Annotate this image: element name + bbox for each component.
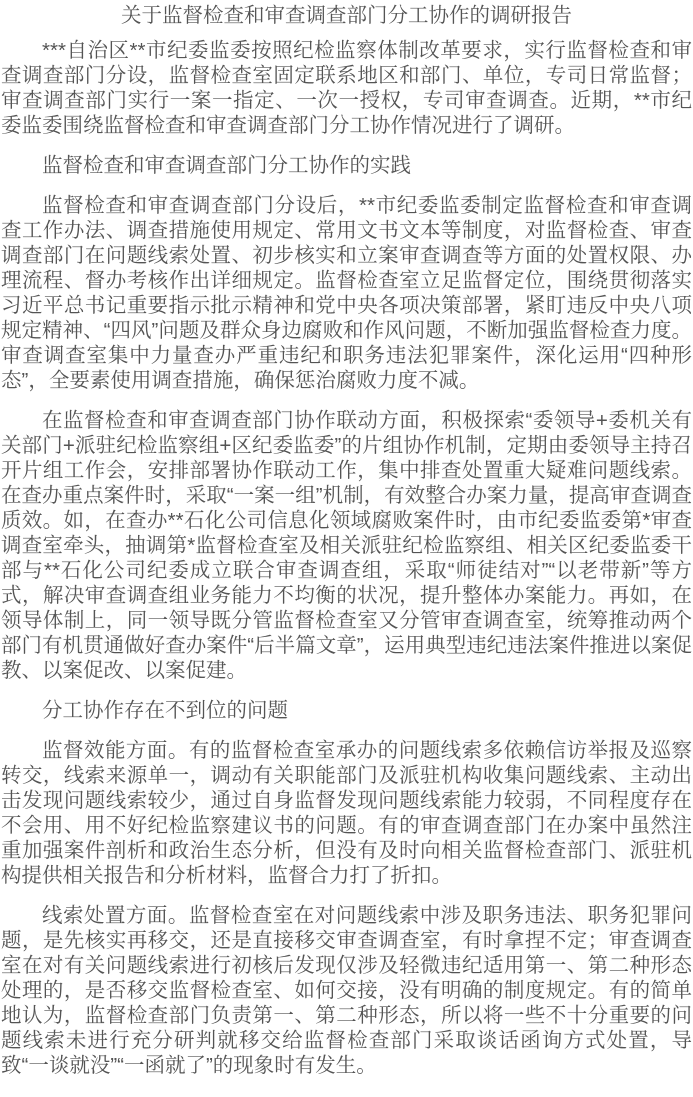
section-heading-problems: 分工协作存在不到位的问题 — [1, 698, 692, 723]
paragraph-systems: 监督检查和审查调查部门分设后，**市纪委监委制定监督检查和审查调查工作办法、调查… — [1, 193, 692, 393]
paragraph-collaboration: 在监督检查和审查调查部门协作联动方面，积极探索“委领导+委机关有关部门+派驻纪检… — [1, 408, 692, 683]
paragraph-clue-handling: 线索处置方面。监督检查室在对问题线索中涉及职务违法、职务犯罪问题，是先核实再移交… — [1, 903, 692, 1078]
paragraph-supervision-effectiveness: 监督效能方面。有的监督检查室承办的问题线索多依赖信访举报及巡察转交，线索来源单一… — [1, 738, 692, 888]
section-heading-practice: 监督检查和审查调查部门分工协作的实践 — [1, 153, 692, 178]
report-title: 关于监督检查和审查调查部门分工协作的调研报告 — [1, 3, 692, 28]
paragraph-intro: ***自治区**市纪委监委按照纪检监察体制改革要求，实行监督检查和审查调查部门分… — [1, 38, 692, 138]
report-page: 关于监督检查和审查调查部门分工协作的调研报告 ***自治区**市纪委监委按照纪检… — [0, 0, 693, 1088]
